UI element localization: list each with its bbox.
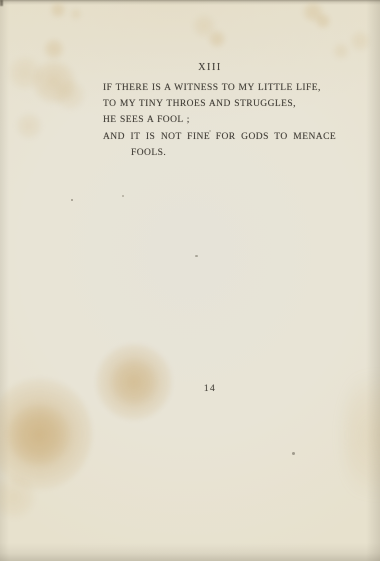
foxing-spot [16, 112, 42, 140]
foxing-spot [32, 60, 76, 104]
foxing-spot [0, 475, 36, 519]
paper-speck [195, 255, 198, 257]
foxing-spot [8, 56, 42, 90]
foxing-spot [50, 2, 66, 18]
poem-line-1: IF THERE IS A WITNESS TO MY LITTLE LIFE, [103, 80, 341, 96]
foxing-spot [192, 14, 216, 38]
foxing-spot [44, 38, 64, 60]
foxing-spot [8, 405, 70, 465]
paper-speck [292, 452, 295, 455]
paper-speck [122, 195, 124, 197]
foxing-spot [344, 360, 380, 510]
foxing-spot [112, 360, 156, 404]
foxing-spot [208, 30, 226, 48]
foxing-spot [333, 42, 349, 60]
page-number: 14 [98, 383, 322, 395]
foxing-spot [70, 8, 82, 20]
foxing-spot [96, 344, 172, 420]
foxing-spot [0, 378, 92, 490]
foxing-spot [302, 2, 324, 22]
poem-line-4: AND IT IS NOT FINE FOR GODS TO MENACE [103, 129, 341, 145]
paper-speck [71, 199, 73, 201]
poem-line-2: TO MY TINY THROES AND STRUGGLES, [103, 96, 341, 112]
poem-line-5: FOOLS. [131, 145, 341, 161]
poem-line-3: HE SEES A FOOL ; [103, 112, 341, 128]
foxing-spot [350, 30, 370, 52]
foxing-spot [315, 13, 331, 29]
section-heading: XIII [98, 62, 322, 74]
book-page-scan: XIII IF THERE IS A WITNESS TO MY LITTLE … [0, 0, 380, 561]
poem-text: IF THERE IS A WITNESS TO MY LITTLE LIFE,… [103, 80, 341, 161]
scan-corner-mark [0, 0, 3, 6]
foxing-spot [54, 80, 86, 110]
